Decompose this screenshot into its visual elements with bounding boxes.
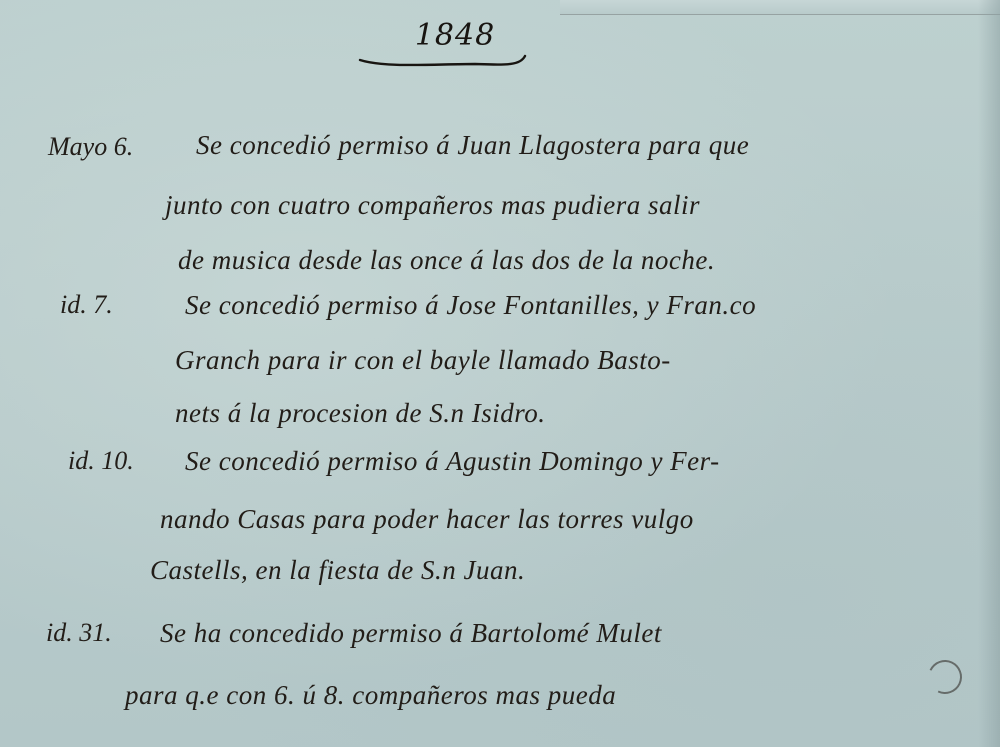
heading-flourish-underline — [355, 50, 530, 72]
entry-line: para q.e con 6. ú 8. compañeros mas pued… — [125, 680, 616, 711]
entry-line: Se ha concedido permiso á Bartolomé Mule… — [160, 618, 662, 649]
paper-right-edge — [978, 0, 1000, 747]
entry-line: Se concedió permiso á Jose Fontanilles, … — [185, 290, 756, 321]
entry-line: Granch para ir con el bayle llamado Bast… — [175, 345, 671, 376]
entry-line: junto con cuatro compañeros mas pudiera … — [165, 190, 700, 221]
scanned-manuscript-page: 1848 Mayo 6. Se concedió permiso á Juan … — [0, 0, 1000, 747]
entry-line: de musica desde las once á las dos de la… — [178, 245, 715, 276]
entry-date: id. 7. — [60, 290, 113, 320]
entry-date: Mayo 6. — [48, 132, 133, 162]
ink-flourish-mark — [923, 655, 967, 699]
entry-line: Castells, en la fiesta de S.n Juan. — [150, 555, 525, 586]
entry-line: nets á la procesion de S.n Isidro. — [175, 398, 545, 429]
entry-date: id. 31. — [46, 618, 112, 648]
entry-line: nando Casas para poder hacer las torres … — [160, 504, 694, 535]
entry-date: id. 10. — [68, 446, 134, 476]
year-heading: 1848 — [380, 18, 530, 53]
entry-line: Se concedió permiso á Juan Llagostera pa… — [196, 130, 749, 161]
paper-top-edge — [560, 0, 1000, 15]
entry-line: Se concedió permiso á Agustin Domingo y … — [185, 446, 720, 477]
